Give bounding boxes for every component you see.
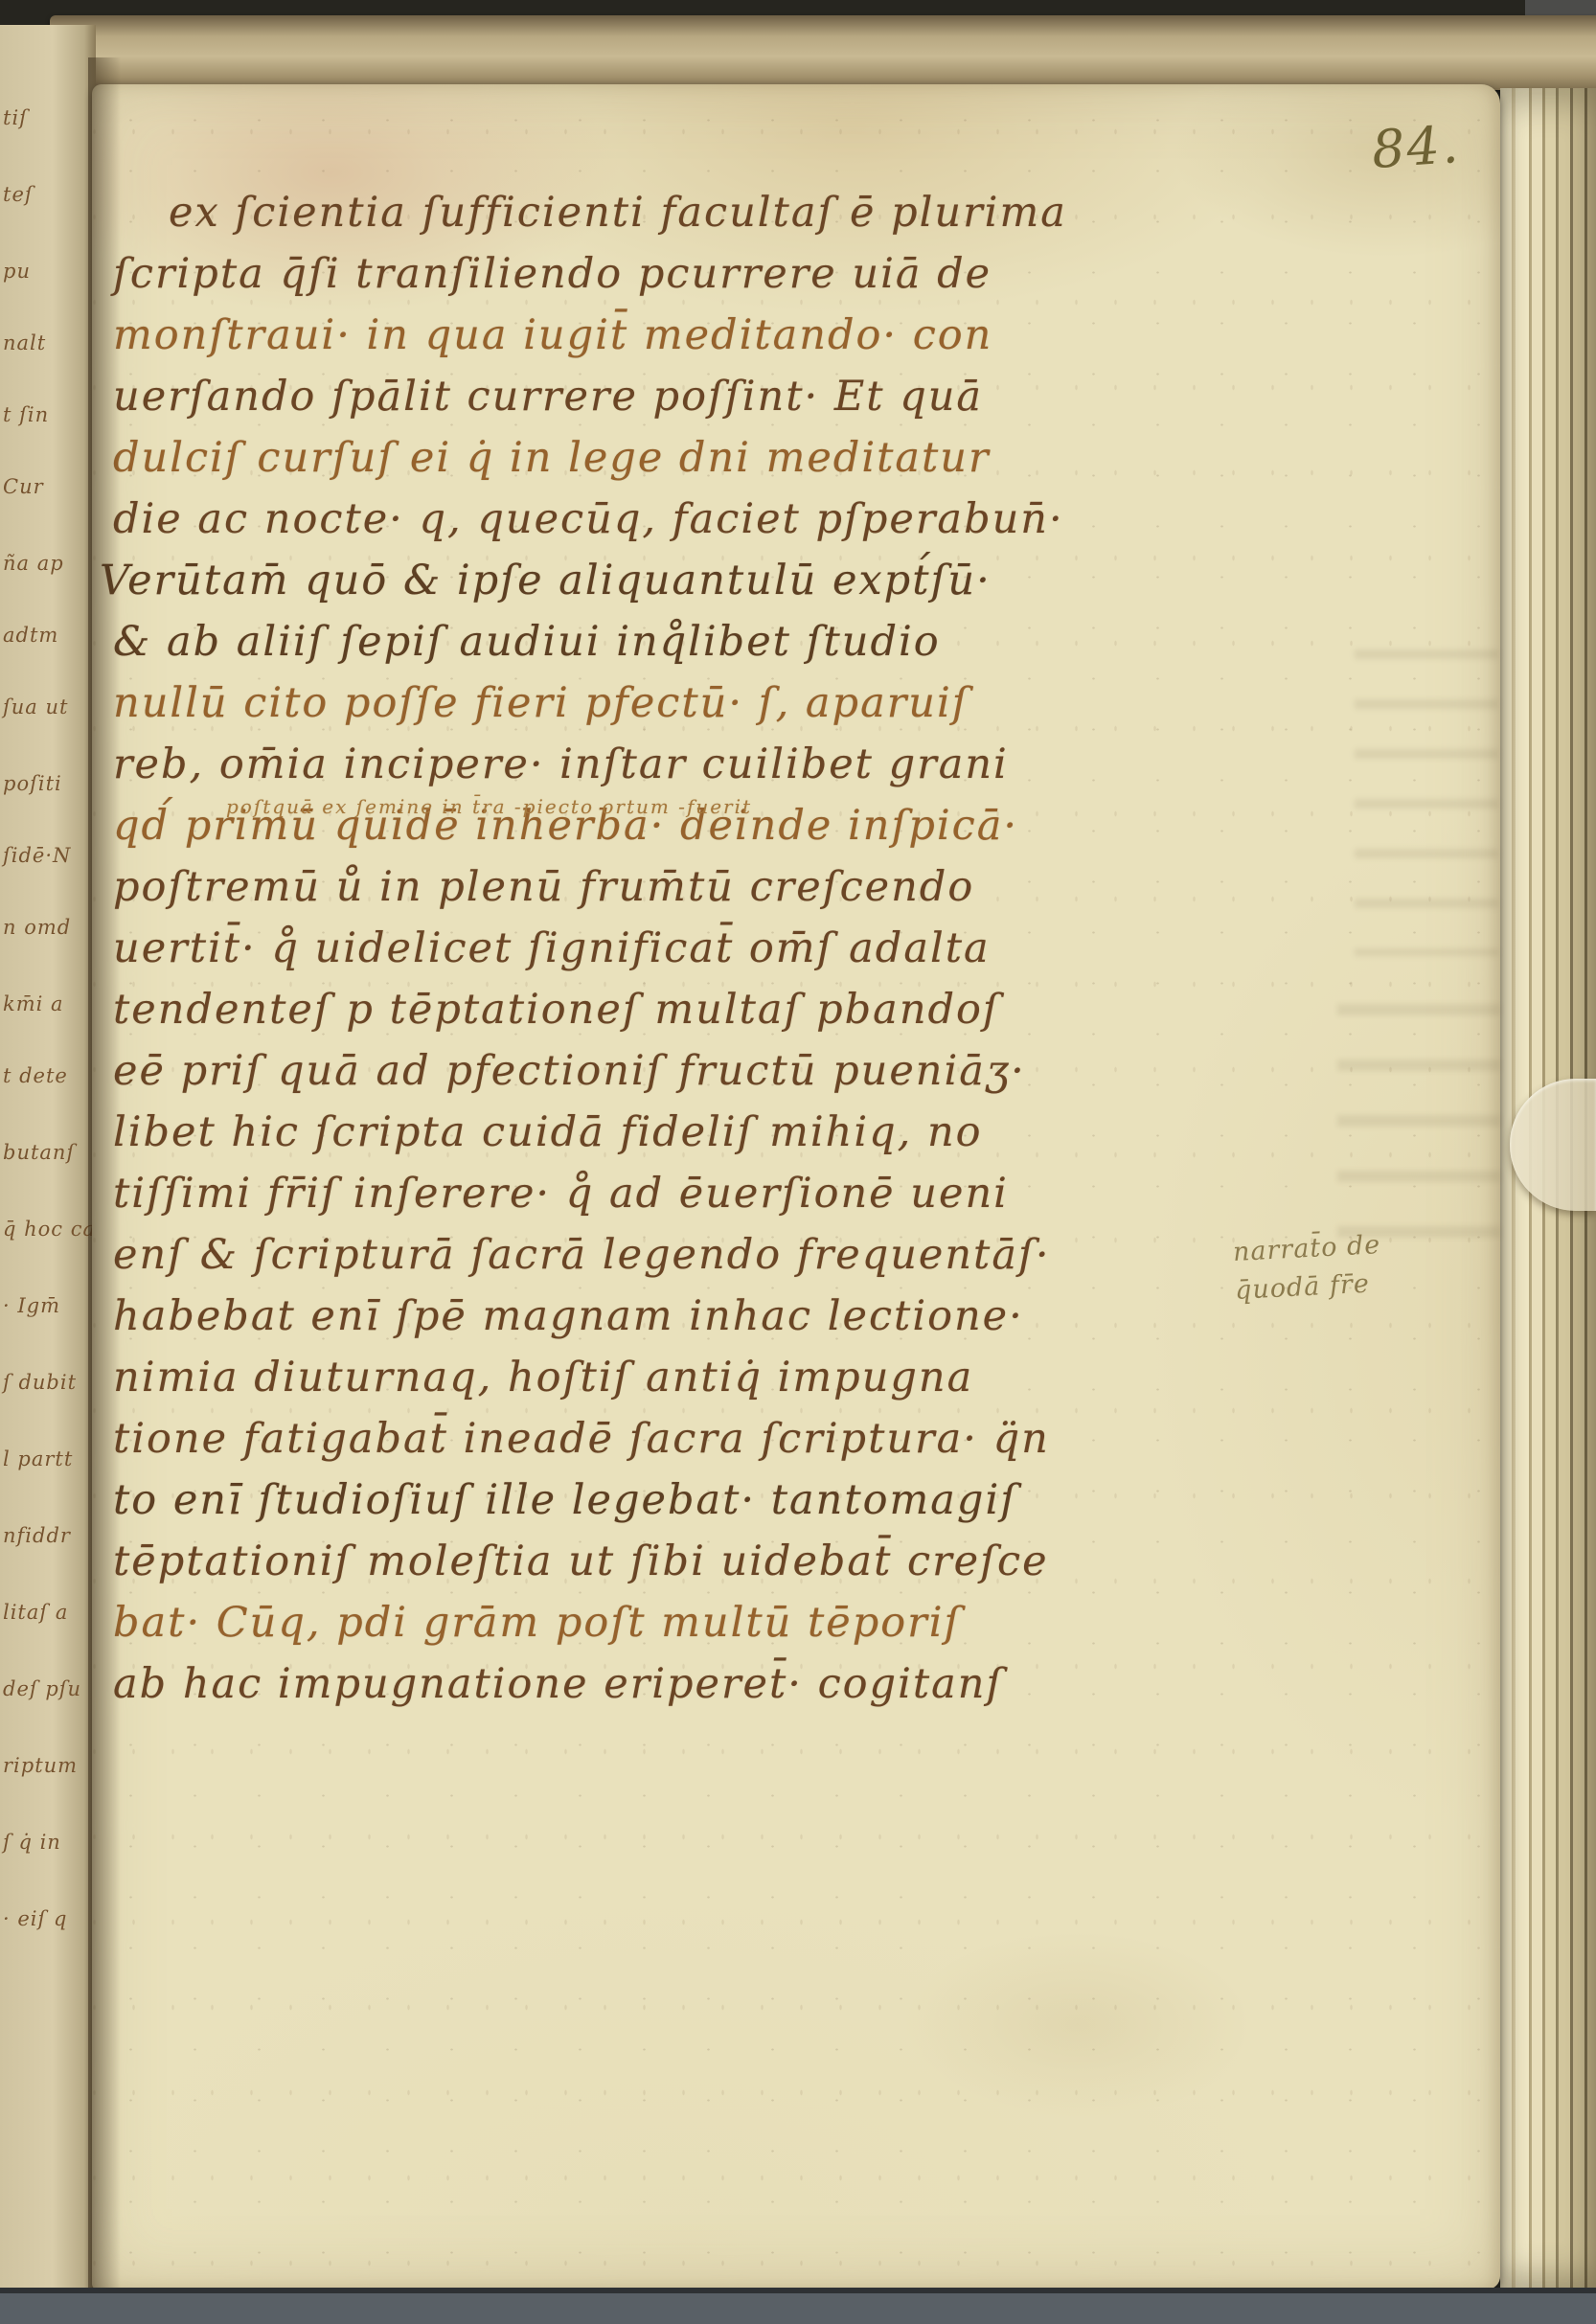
manuscript-line: & ab aliiſ ſepiſ audiui inq̊libet ſtudio bbox=[113, 611, 1263, 672]
facing-page-text-fragment: ſidē·N bbox=[3, 844, 71, 867]
manuscript-line: tione fatigabat̄ ineadē ſacra ſcriptura·… bbox=[113, 1408, 1263, 1470]
facing-page-text-fragment: litaſ a bbox=[3, 1601, 68, 1624]
facing-page-text-fragment: poſiti bbox=[3, 772, 62, 795]
manuscript-line: nullū cito poſſe fieri pfectū· ſ, aparui… bbox=[113, 672, 1263, 734]
manuscript-line: ex ſcientia ſufficienti facultaſ ē pluri… bbox=[113, 182, 1263, 243]
manuscript-line: tendenteſ p tēptationeſ multaſ pbandoſ bbox=[113, 979, 1263, 1040]
facing-page-text-fragment: ſua ut bbox=[3, 695, 68, 718]
manuscript-line: reb, om̄ia incipere· inſtar cuilibet gra… bbox=[113, 734, 1263, 795]
manuscript-line: enſ & ſcripturā ſacrā legendo frequentāſ… bbox=[113, 1224, 1263, 1286]
facing-page-text-fragment: km̄i a bbox=[3, 992, 64, 1015]
facing-page-text-fragment: · Igm̄ bbox=[3, 1294, 60, 1317]
ink-showthrough bbox=[1355, 649, 1498, 956]
manuscript-line: eē priſ quā ad pfectioniſ fructū pueniāʒ… bbox=[113, 1040, 1263, 1102]
facing-page-text-fragment: ña ap bbox=[3, 552, 64, 575]
marginal-note: narrat̄o de q̄uodā fr̄e bbox=[1232, 1226, 1383, 1310]
manuscript-line: habebat enī ſpē magnam inhac lectione· bbox=[113, 1286, 1263, 1347]
manuscript-line: tiſſimi fr̄iſ inſerere· q̊ ad ēuerſionē … bbox=[113, 1163, 1263, 1224]
manuscript-line: nimia diuturnaq, hoſtiſ antiq̇ impugna bbox=[113, 1347, 1263, 1408]
manuscript-line: die ac nocte· q, quecūq, faciet pſperabu… bbox=[113, 489, 1263, 550]
manuscript-line: tēptationiſ moleſtia ut ſibi uidebat̄ cr… bbox=[113, 1531, 1263, 1592]
manuscript-line: bat· Cūq, pdi grām poſt multū tēporiſ bbox=[113, 1592, 1263, 1653]
facing-page-text-fragment: nalt bbox=[3, 331, 46, 354]
facing-page-text-fragment: n omd bbox=[3, 916, 71, 939]
manuscript-line: uertit̄· q̊ uidelicet ſignificat̄ om̄ſ a… bbox=[113, 918, 1263, 979]
facing-page-text-fragment: Cur bbox=[3, 475, 44, 498]
facing-page-text-fragment: deſ pſu bbox=[3, 1677, 81, 1700]
manuscript-text-block: ex ſcientia ſufficienti facultaſ ē pluri… bbox=[113, 182, 1263, 1715]
facing-page-text-fragment: q̄ hoc ca bbox=[3, 1218, 96, 1241]
facing-page-text-fragment: adtm bbox=[3, 624, 58, 647]
facing-page-text-fragment: l partt bbox=[3, 1447, 73, 1470]
manuscript-page: 84. ex ſcientia ſufficienti facultaſ ē p… bbox=[92, 84, 1500, 2290]
facing-page-text-fragment: ſ dubit bbox=[3, 1371, 77, 1394]
facing-page-text-fragment: nfiddr bbox=[3, 1524, 71, 1547]
facing-page-text-fragment: t dete bbox=[3, 1064, 68, 1087]
facing-page-text-fragment: tiſ bbox=[3, 106, 28, 129]
ink-showthrough bbox=[1337, 1004, 1500, 1243]
table-surface bbox=[0, 2288, 1596, 2324]
manuscript-line: poſtremū ů in plenū frum̄tū creſcendo bbox=[113, 856, 1263, 918]
facing-page-text-fragment: butanſ bbox=[3, 1141, 75, 1164]
manuscript-line: ſcripta q̄ſi tranſiliendo pcurrere uiā d… bbox=[113, 243, 1263, 305]
manuscript-line: dulciſ curſuſ ei q̇ in lege dni meditatu… bbox=[113, 427, 1263, 489]
page-number: 84. bbox=[1370, 114, 1462, 180]
facing-page-text-fragment: t ſin bbox=[3, 403, 49, 426]
interlinear-gloss: poſtquā ex ſemine in t̄ra -piecto ortum … bbox=[226, 795, 752, 818]
facing-page-text-fragment: pu bbox=[3, 260, 31, 283]
manuscript-line: uerſando ſpālit currere poſſint· Et quā bbox=[113, 366, 1263, 427]
facing-page-edge: tiſ teſ pu nalt t ſin Cur ña ap adtm ſua… bbox=[0, 25, 96, 2297]
facing-page-text-fragment: teſ bbox=[3, 183, 34, 206]
manuscript-line: libet hic ſcripta cuidā fideliſ mihiq, n… bbox=[113, 1102, 1263, 1163]
marginal-note-line: q̄uodā fr̄e bbox=[1234, 1265, 1383, 1310]
manuscript-line: monſtraui· in qua iugit̄ meditando· con bbox=[113, 305, 1263, 366]
manuscript-line: to enī ſtudioſiuſ ille legebat· tantomag… bbox=[113, 1470, 1263, 1531]
manuscript-line: ab hac impugnatione eriperet̄· cogitanſ bbox=[113, 1653, 1263, 1715]
manuscript-line: Verūtam̄ quō & ipſe aliquantulū expt́ſū· bbox=[100, 550, 1263, 611]
manuscript-photo: tiſ teſ pu nalt t ſin Cur ña ap adtm ſua… bbox=[0, 0, 1596, 2324]
facing-page-text-fragment: riptum bbox=[3, 1754, 78, 1777]
book-head-edge bbox=[50, 15, 1596, 90]
facing-page-text-fragment: ſ q̇ in bbox=[3, 1831, 61, 1854]
gutter-shadow bbox=[88, 57, 121, 2299]
facing-page-text-fragment: · eiſ q bbox=[3, 1907, 67, 1930]
